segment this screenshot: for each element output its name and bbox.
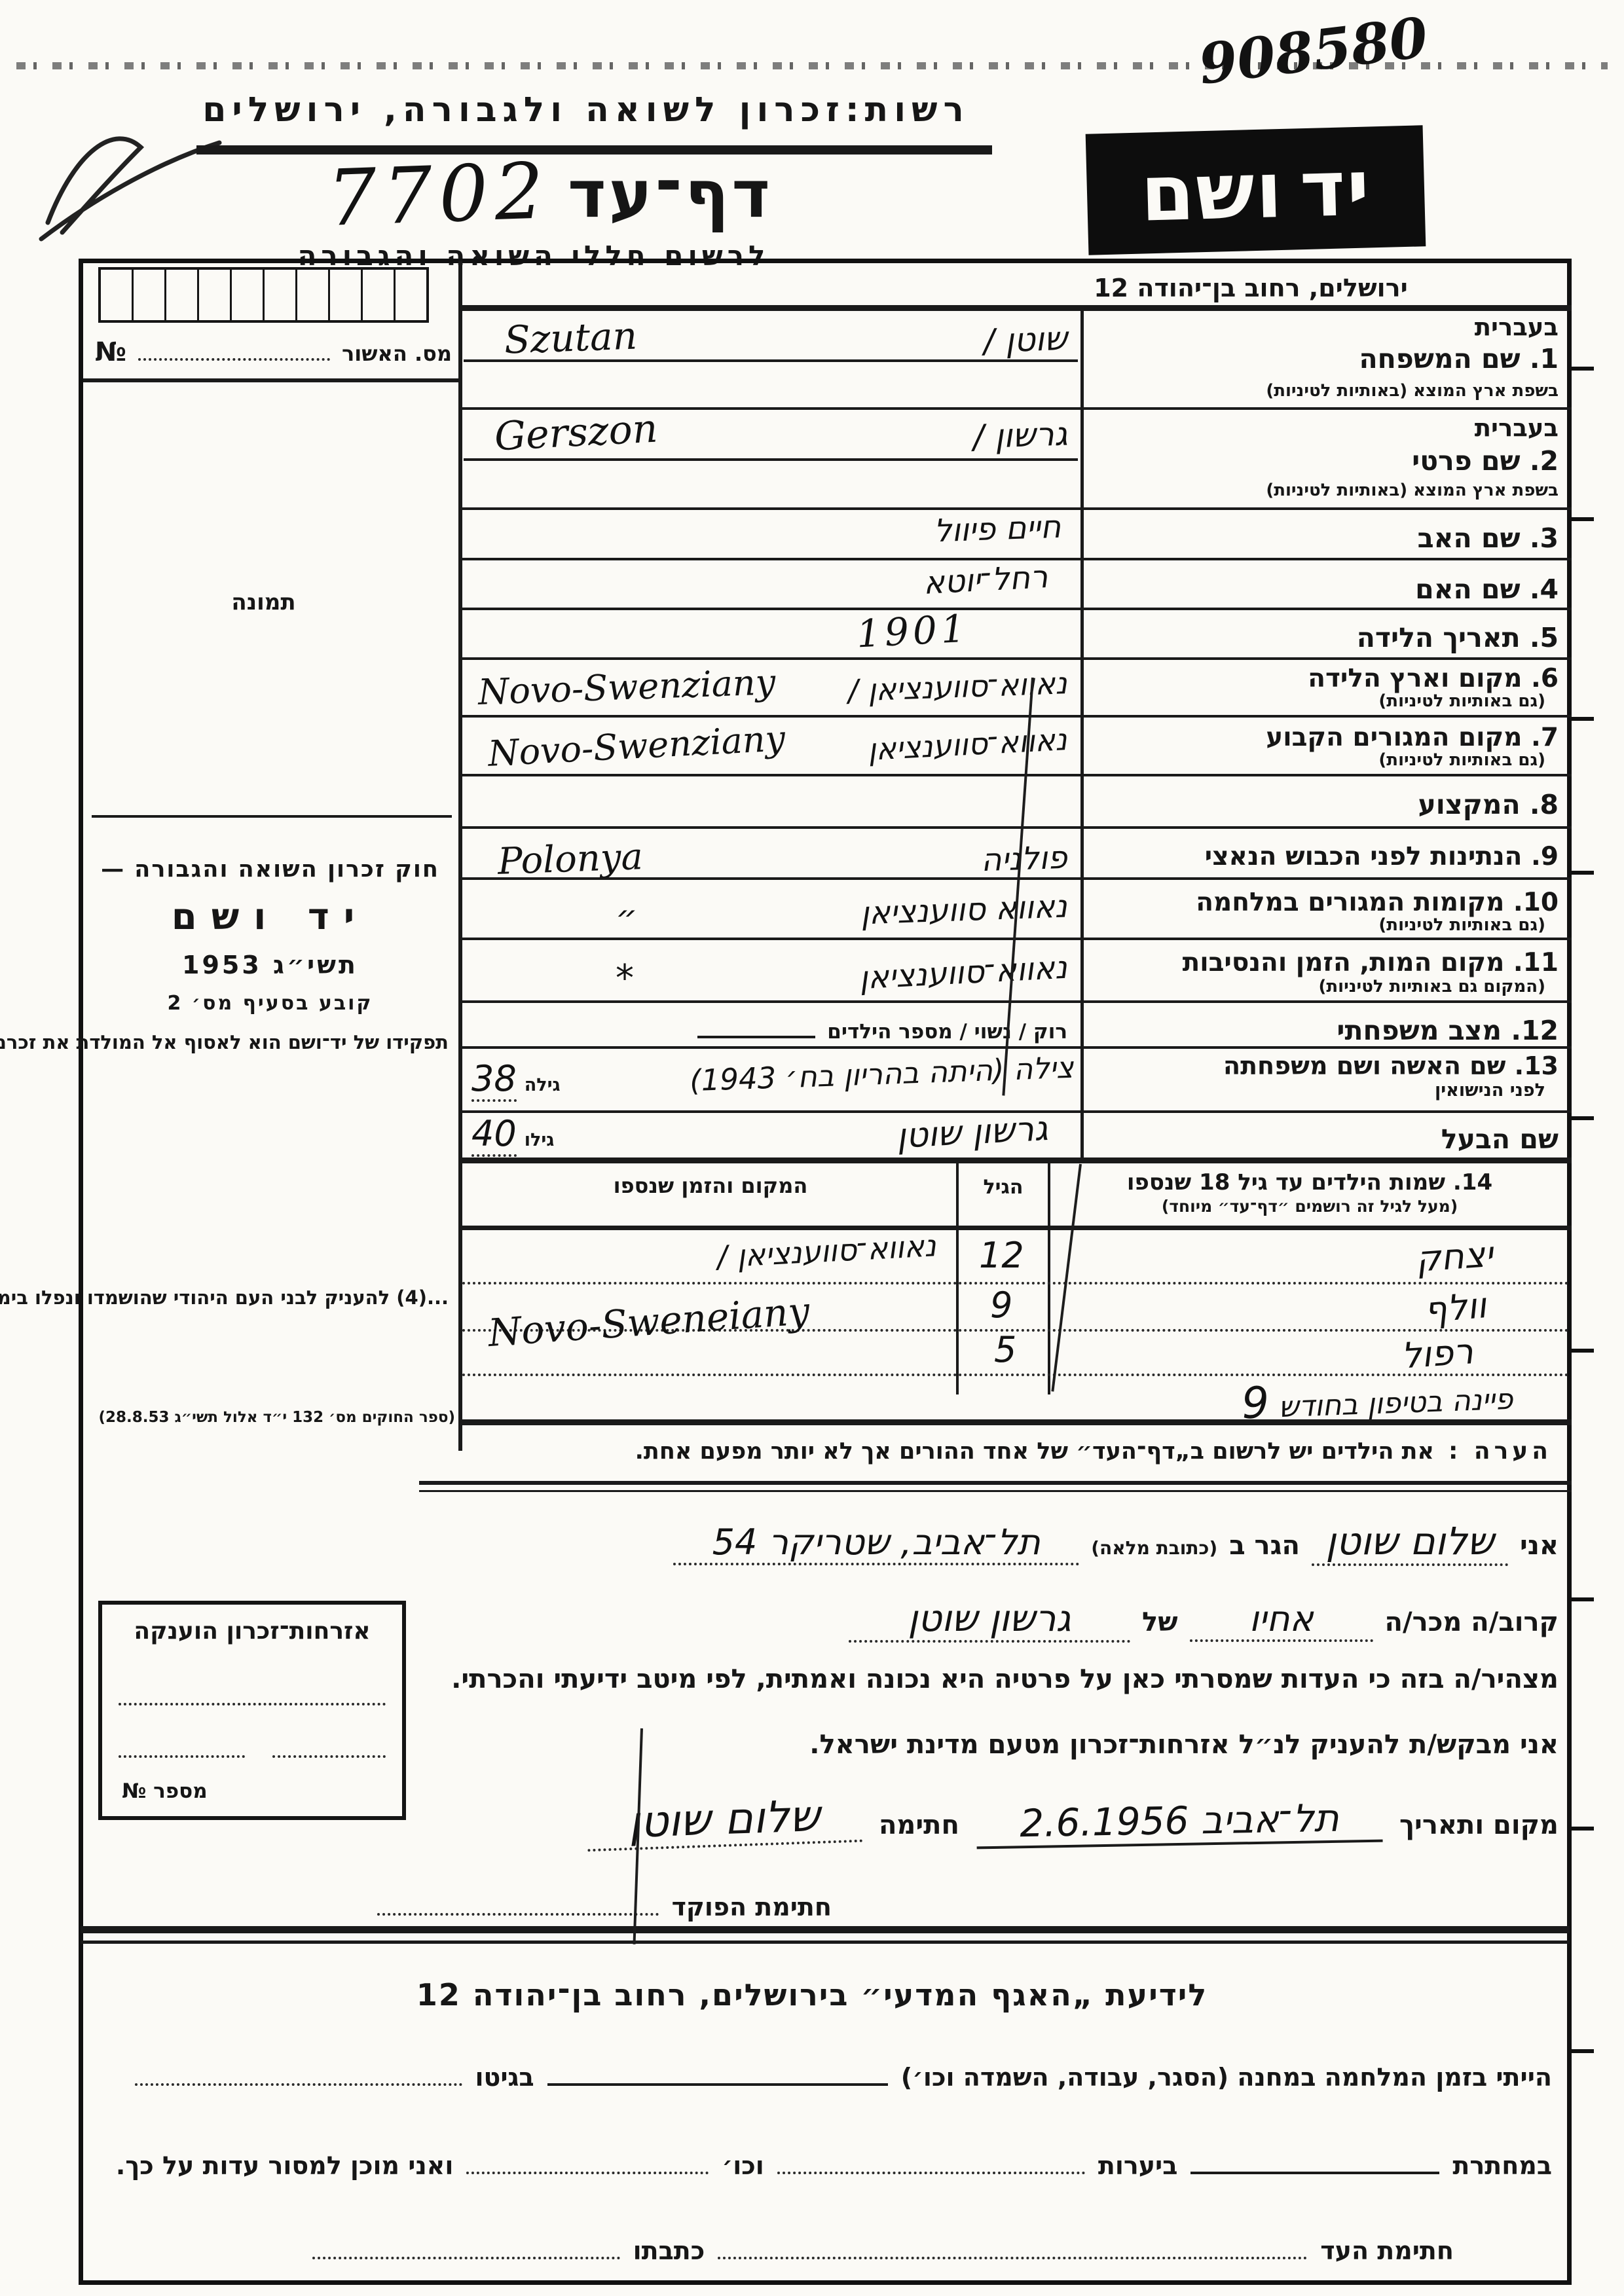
camps-blank bbox=[547, 2062, 888, 2086]
clerk-signature-line-blank bbox=[377, 1892, 659, 1916]
forests-label: ביערות bbox=[1098, 2151, 1178, 2180]
registration-tick bbox=[1572, 2049, 1594, 2053]
field4-rule bbox=[458, 608, 1572, 610]
bottom-witness-row: חתימת העד כתבתו bbox=[312, 2236, 1454, 2265]
field6-sublabel: (גם באותיות לטיניות) bbox=[1378, 691, 1545, 711]
field13-age-row: גילה 38 bbox=[471, 1058, 561, 1102]
form-name: דף־עד bbox=[568, 156, 773, 232]
place-date-signature-line: מקום ותאריך תל־אביב 2.6.1956 חתימה שלום … bbox=[587, 1794, 1559, 1847]
field7-rule bbox=[458, 774, 1572, 776]
field4-value: רחל־יוטא bbox=[923, 558, 1049, 602]
authority-underline bbox=[196, 145, 992, 155]
memorial-box-title: אזרחות־זכרון הוענקה bbox=[102, 1618, 402, 1645]
field1-value-latin: Szutan bbox=[504, 313, 638, 362]
clerk-signature-label: חתימת הפוקד bbox=[672, 1893, 832, 1922]
field10-label: 10. מקומות המגורים במלחמה bbox=[1196, 888, 1559, 917]
child-name: רפול bbox=[1400, 1330, 1475, 1376]
field13-age-value: 38 bbox=[471, 1058, 517, 1102]
field3-label: 3. שם האב bbox=[1418, 522, 1559, 554]
children-age-header: הגיל bbox=[956, 1176, 1050, 1199]
registration-tick bbox=[1572, 1349, 1594, 1353]
child-name: יצחק bbox=[1414, 1233, 1494, 1280]
children-header-rule bbox=[458, 1226, 1572, 1230]
child-name: וולף bbox=[1423, 1285, 1488, 1331]
field1-label: 1. שם המשפחה bbox=[1359, 343, 1559, 374]
memorial-box-line bbox=[119, 1703, 386, 1705]
field2-value-hebrew: גרשון / bbox=[972, 415, 1068, 456]
table-top-rule bbox=[458, 305, 1572, 311]
field2-lang: בעברית bbox=[1475, 414, 1559, 442]
clerk-signature-line: חתימת הפוקד bbox=[377, 1892, 832, 1922]
id-grid bbox=[98, 267, 429, 323]
law-source: (ספר החוקים מס׳ 132 י״ד אלול תשי״ג 28.8.… bbox=[88, 1409, 455, 1426]
approval-number-label: מס. האשור bbox=[342, 341, 452, 366]
relation-handwritten: אחיו bbox=[1190, 1598, 1373, 1642]
memorial-box-line-2 bbox=[119, 1755, 245, 1758]
pencil-scribble bbox=[36, 111, 232, 249]
relative-label: קרוב/ה מכר/ה bbox=[1385, 1607, 1559, 1637]
field1-lang: בעברית bbox=[1475, 313, 1559, 341]
child-age: 5 bbox=[994, 1329, 1016, 1370]
main-bottom-divider-a bbox=[81, 1926, 1570, 1933]
declarant-name-handwritten: שלום שוטן bbox=[1312, 1519, 1508, 1566]
approval-number-line bbox=[138, 338, 330, 361]
witness-address-label: כתבתו bbox=[633, 2236, 705, 2265]
field13-age-label: גילה bbox=[525, 1075, 561, 1095]
law-title: חוק זכרון השואה והגבורה — bbox=[92, 856, 449, 883]
registration-tick bbox=[1572, 717, 1594, 721]
law-paragraph-1: תפקידו של יד־ושם הוא לאסוף אל המולדת את … bbox=[98, 1029, 449, 1056]
declarant-line: אני שלום שוטן הגר ב (כתובת מלאה) תל־אביב… bbox=[673, 1519, 1559, 1566]
field9-value-latin: Polonya bbox=[497, 835, 644, 883]
law-year: תשי״ג 1953 bbox=[92, 951, 449, 979]
camps-label: הייתי בזמן המלחמה במחנה (הסגר, עבודה, הש… bbox=[901, 2063, 1552, 2092]
underground-blank bbox=[1190, 2151, 1439, 2174]
field9-rule bbox=[458, 877, 1572, 880]
remark-text: את הילדים יש לרשום ב„דף־העד״ של אחד ההור… bbox=[635, 1438, 1434, 1465]
registration-tick bbox=[1572, 517, 1594, 521]
registration-tick bbox=[1572, 1116, 1594, 1120]
field10-sublabel: (גם באותיות לטיניות) bbox=[1378, 915, 1545, 935]
field8-rule bbox=[458, 826, 1572, 829]
photo-placeholder-label: תמונה bbox=[98, 589, 429, 615]
child-age: 12 bbox=[979, 1235, 1024, 1276]
field13-sublabel: לפני הנישואין bbox=[1435, 1080, 1545, 1101]
field11-rule bbox=[458, 1000, 1572, 1003]
yad-vashem-logo-text: יד ושם bbox=[1139, 142, 1372, 238]
relative-line: קרוב/ה מכר/ה אחיו של גרשון שוטן bbox=[849, 1597, 1559, 1643]
yad-vashem-logo: יד ושם bbox=[1086, 125, 1426, 255]
declarant-label: אני bbox=[1520, 1531, 1559, 1561]
field4-label: 4. שם האם bbox=[1415, 574, 1559, 605]
registration-tick bbox=[1572, 1827, 1594, 1831]
section-double-rule-a bbox=[419, 1481, 1572, 1485]
field2-label: 2. שם פרטי bbox=[1412, 445, 1559, 477]
field1-value-hebrew: שוטן / bbox=[983, 319, 1068, 360]
photo-bottom-rule bbox=[92, 815, 452, 818]
remark-label: הערה : bbox=[1449, 1438, 1552, 1465]
ghetto-label: בגיטו bbox=[475, 2063, 534, 2092]
field6-label: 6. מקום וארץ הלידה bbox=[1308, 664, 1559, 693]
memorial-box-line-3 bbox=[272, 1755, 386, 1758]
children-bottom-rule bbox=[458, 1419, 1572, 1425]
forests-blank bbox=[777, 2151, 1085, 2174]
testimony-page-scan: 908580 רשות:זכרון לשואה ולגבורה, ירושלים… bbox=[0, 0, 1624, 2296]
place-date-label: מקום ותאריך bbox=[1399, 1810, 1559, 1840]
field2-value-latin: Gerszon bbox=[493, 406, 659, 460]
children-place-header: המקום והזמן שנספו bbox=[465, 1173, 956, 1198]
declare-sentence: מצהיר/ה בזה כי העדות שמסרתי כאן על פרטיה… bbox=[451, 1664, 1559, 1694]
children-top-rule bbox=[458, 1157, 1572, 1163]
field12-options: רוק / נשוי / מספר הילדים bbox=[827, 1020, 1067, 1044]
ready-label: ואני מוכן למסור עדות על כך. bbox=[116, 2151, 453, 2180]
left-column-divider bbox=[458, 261, 462, 1451]
label-column-divider bbox=[1080, 308, 1084, 1157]
signature-label: חתימה bbox=[879, 1810, 959, 1840]
witness-signature-label: חתימת העד bbox=[1320, 2236, 1454, 2265]
field11-label: 11. מקום המות, הזמן והנסיבות bbox=[1183, 948, 1559, 977]
address-handwritten: תל־אביב, שטריקר 54 bbox=[673, 1522, 1079, 1565]
request-sentence: אני מבקש/ת להעניק לנ״ל אזרחות־זכרון מטעם… bbox=[809, 1730, 1559, 1760]
children-row-rule bbox=[462, 1282, 1569, 1285]
law-paragraph-2: ‏...(4) להעניק לבני העם היהודי שהושמדו ו… bbox=[98, 1285, 449, 1311]
field2-sublabel: בשפת ארץ המוצא (באותיות לטיניות) bbox=[1266, 481, 1559, 500]
husband-value: גרשון שוטן bbox=[895, 1109, 1048, 1156]
field7-sublabel: (גם באותיות לטיניות) bbox=[1378, 750, 1545, 770]
field10-value-ditto: ״ bbox=[616, 898, 638, 938]
law-clause: קובע בסעיף מס׳ 2 bbox=[92, 992, 449, 1015]
etc-label: וכו׳ bbox=[722, 2151, 764, 2180]
field11-value-asterisk: * bbox=[616, 957, 634, 1000]
authority-title: רשות:זכרון לשואה ולגבורה, ירושלים bbox=[177, 90, 995, 130]
field9-value-hebrew: פולניה bbox=[980, 839, 1068, 879]
number-sign: № bbox=[95, 337, 126, 367]
husband-age-row: גילו 40 bbox=[471, 1113, 554, 1157]
resides-sublabel: (כתובת מלאה) bbox=[1091, 1537, 1217, 1559]
field3-value: חיים פיוול bbox=[933, 509, 1061, 550]
field9-label: 9. הנתינות לפני הכבוש הנאצי bbox=[1205, 842, 1559, 871]
field12-label: 12. מצב משפחתי bbox=[1337, 1015, 1559, 1046]
signature-handwritten: שלום שוטן bbox=[586, 1789, 863, 1852]
field6-rule bbox=[458, 715, 1572, 718]
field7-label: 7. מקום המגורים הקבוע bbox=[1266, 723, 1559, 752]
registration-tick bbox=[1572, 367, 1594, 371]
registration-tick bbox=[1572, 871, 1594, 875]
witness-signature-blank bbox=[718, 2236, 1307, 2259]
field10-value-hebrew: נאווא סווענציאן bbox=[860, 888, 1068, 932]
field12-blank-line bbox=[697, 1019, 815, 1038]
memorial-box-number-label: מספר № bbox=[122, 1779, 208, 1803]
child-age: 9 bbox=[990, 1285, 1012, 1326]
husband-age-value: 40 bbox=[471, 1113, 517, 1157]
place-date-handwritten: תל־אביב 2.6.1956 bbox=[976, 1795, 1382, 1850]
bottom-camps-row: הייתי בזמן המלחמה במחנה (הסגר, עבודה, הש… bbox=[135, 2062, 1553, 2092]
field11-sublabel: (המקום גם באותיות לטיניות) bbox=[1319, 977, 1545, 996]
bottom-title: לידיעת „האגף המדעי״ בירושלים, רחוב בן־יה… bbox=[92, 1977, 1532, 2013]
etc-blank bbox=[466, 2151, 709, 2174]
bottom-underground-row: במחתרת ביערות וכו׳ ואני מוכן למסור עדות … bbox=[116, 2151, 1552, 2180]
children-note-text: פיינה בטיפון בחודש bbox=[1278, 1383, 1513, 1424]
field13-label: 13. שם האשה ושם משפחתה bbox=[1223, 1051, 1559, 1080]
ghetto-blank bbox=[135, 2062, 462, 2086]
approval-number-row: מס. האשור № bbox=[95, 337, 452, 367]
memorial-citizenship-box: אזרחות־זכרון הוענקה מספר № bbox=[98, 1601, 406, 1820]
field1-writing-line bbox=[464, 359, 1078, 362]
field8-label: 8. המקצוע bbox=[1418, 789, 1559, 820]
husband-label: שם הבעל bbox=[1441, 1123, 1559, 1155]
resides-label: הגר ב bbox=[1229, 1531, 1300, 1561]
children-title: 14. שמות הילדים עד גיל 18 שנספו bbox=[1054, 1169, 1565, 1195]
section-double-rule-b bbox=[419, 1490, 1572, 1492]
of-label: של bbox=[1142, 1607, 1178, 1637]
field12-options-row: רוק / נשוי / מספר הילדים bbox=[697, 1019, 1067, 1044]
corner-number-handwritten: 908580 bbox=[1195, 5, 1431, 97]
husband-age-label: גילו bbox=[525, 1130, 555, 1150]
underground-label: במחתרת bbox=[1452, 2151, 1552, 2180]
witness-address-blank bbox=[312, 2236, 620, 2259]
field2-writing-line bbox=[464, 458, 1078, 461]
main-bottom-divider-b bbox=[81, 1941, 1570, 1944]
children-title-sub: (מעל לגיל זה רושמים ״דף־עד״ מיוחד) bbox=[1054, 1197, 1565, 1216]
field5-label: 5. תאריך הלידה bbox=[1357, 622, 1559, 653]
field12-rule bbox=[458, 1046, 1572, 1049]
victim-name-handwritten: גרשון שוטן bbox=[849, 1597, 1130, 1643]
remark-line: הערה : את הילדים יש לרשום ב„דף־העד״ של א… bbox=[635, 1438, 1552, 1465]
registration-tick bbox=[1572, 1597, 1594, 1601]
form-number-handwritten: 7702 bbox=[326, 145, 552, 244]
field1-sublabel: בשפת ארץ המוצא (באותיות לטיניות) bbox=[1266, 381, 1559, 401]
law-yad-vashem: יד ושם bbox=[92, 896, 449, 938]
field5-value: 1901 bbox=[856, 606, 970, 657]
field5-rule bbox=[458, 657, 1572, 660]
approval-row-rule bbox=[83, 378, 458, 382]
